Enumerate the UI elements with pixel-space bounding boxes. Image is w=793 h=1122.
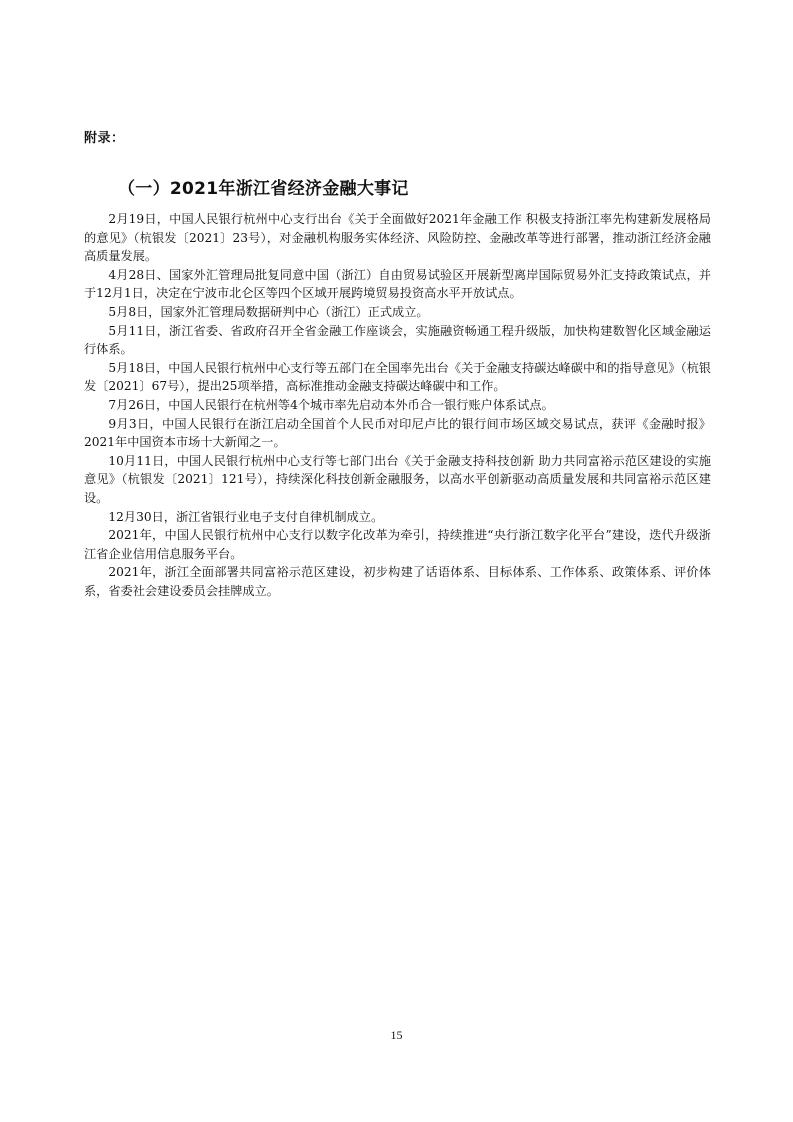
event-paragraph: 5月8日，国家外汇管理局数据研判中心（浙江）正式成立。: [84, 303, 711, 322]
event-paragraph: 2021年，浙江全面部署共同富裕示范区建设，初步构建了话语体系、目标体系、工作体…: [84, 563, 711, 600]
document-page: 附录： （一）2021年浙江省经济金融大事记 2月19日，中国人民银行杭州中心支…: [0, 0, 793, 1122]
event-paragraph: 9月3日，中国人民银行在浙江启动全国首个人民币对印尼卢比的银行间市场区域交易试点…: [84, 415, 711, 452]
page-number: 15: [0, 1028, 793, 1042]
event-paragraph: 12月30日，浙江省银行业电子支付自律机制成立。: [84, 508, 711, 527]
event-paragraph: 4月28日、国家外汇管理局批复同意中国（浙江）自由贸易试验区开展新型离岸国际贸易…: [84, 266, 711, 303]
events-list: 2月19日，中国人民银行杭州中心支行出台《关于全面做好2021年金融工作 积极支…: [84, 210, 711, 600]
event-paragraph: 10月11日，中国人民银行杭州中心支行等七部门出台《关于金融支持科技创新 助力共…: [84, 452, 711, 508]
event-paragraph: 5月11日，浙江省委、省政府召开全省金融工作座谈会，实施融资畅通工程升级版，加快…: [84, 322, 711, 359]
section-title: （一）2021年浙江省经济金融大事记: [118, 178, 409, 200]
event-paragraph: 2月19日，中国人民银行杭州中心支行出台《关于全面做好2021年金融工作 积极支…: [84, 210, 711, 266]
appendix-label: 附录：: [84, 131, 125, 147]
event-paragraph: 2021年，中国人民银行杭州中心支行以数字化改革为牵引，持续推进“央行浙江数字化…: [84, 526, 711, 563]
event-paragraph: 5月18日，中国人民银行杭州中心支行等五部门在全国率先出台《关于金融支持碳达峰碳…: [84, 359, 711, 396]
event-paragraph: 7月26日，中国人民银行在杭州等4个城市率先启动本外币合一银行账户体系试点。: [84, 396, 711, 415]
